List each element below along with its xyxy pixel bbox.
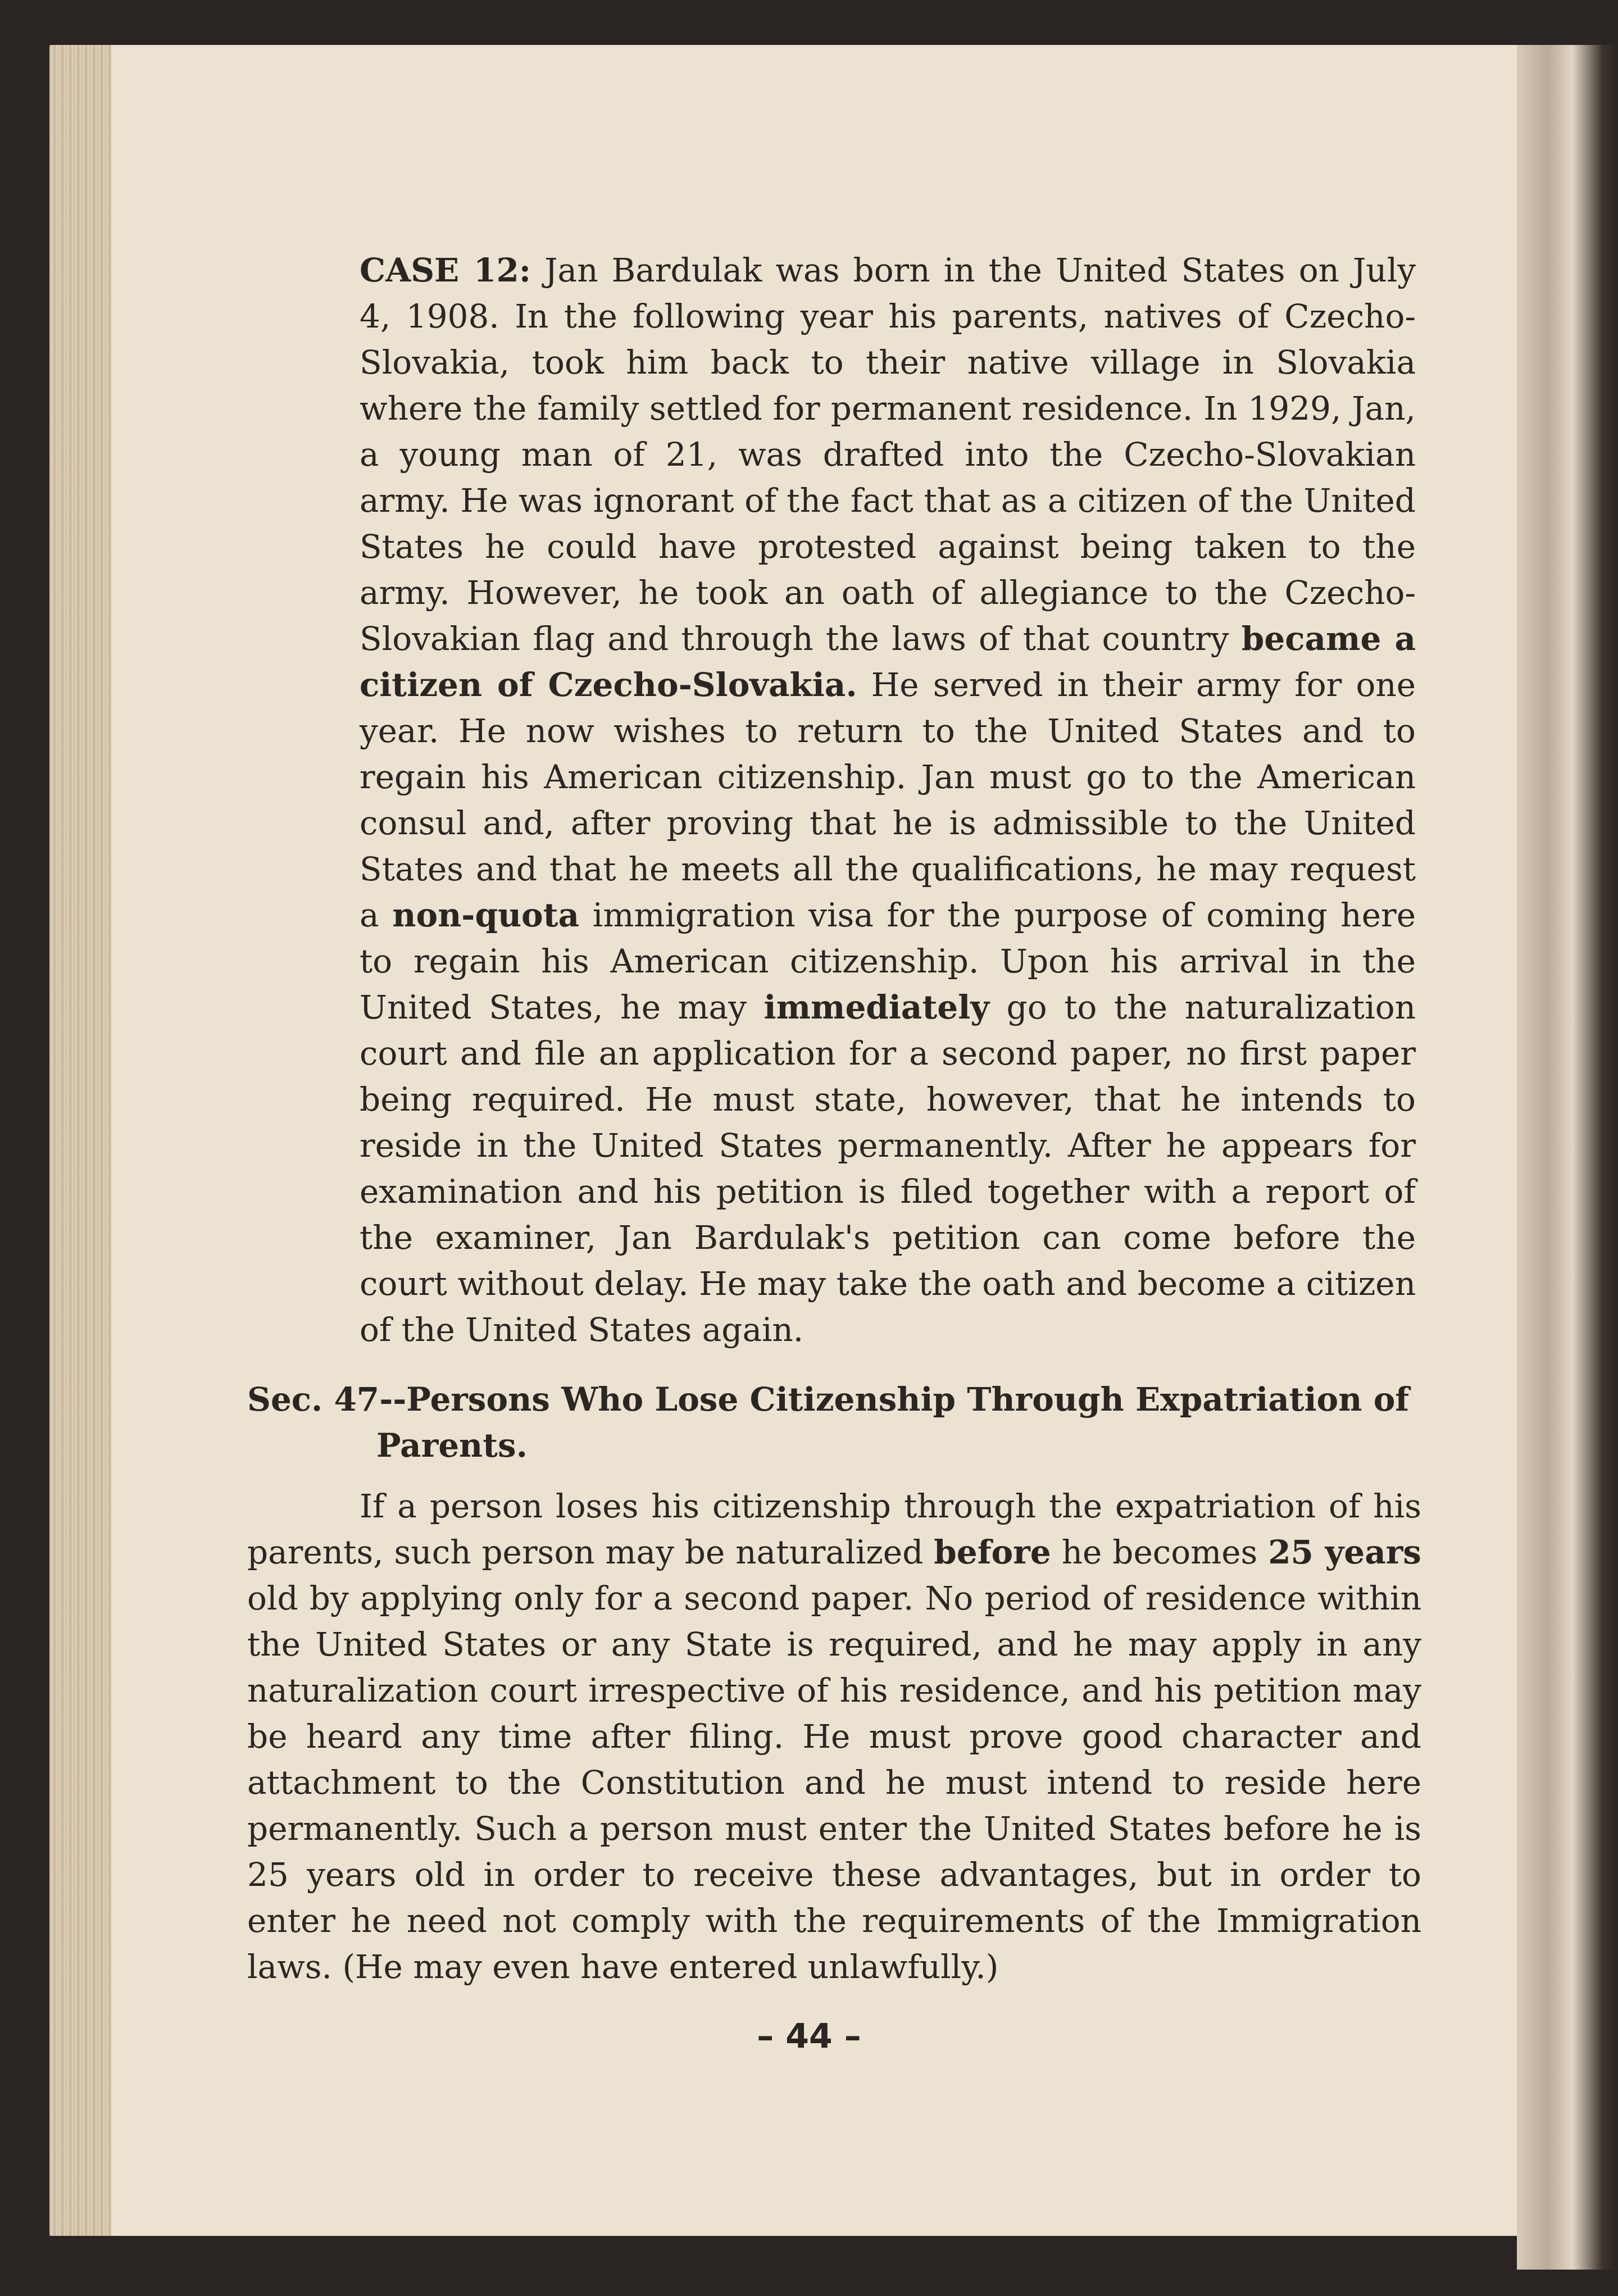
case-12-paragraph: CASE 12: Jan Bardulak was born in the Un… <box>360 247 1416 1353</box>
page-edges <box>49 45 111 2236</box>
case-text: He served in their army for one year. He… <box>360 666 1416 934</box>
para-text: he becomes <box>1051 1533 1268 1571</box>
para-bold-1: before <box>934 1533 1051 1571</box>
para-text: old by applying only for a second paper.… <box>247 1579 1421 1986</box>
case-text: go to the naturalization court and file … <box>360 988 1416 1349</box>
para-bold-2: 25 years <box>1268 1533 1421 1571</box>
case-label: CASE 12: <box>360 251 531 289</box>
section-paragraph: If a person loses his citizenship throug… <box>247 1483 1421 1990</box>
case-bold-3: immediately <box>764 988 989 1026</box>
case-bold-2: non-quota <box>392 896 579 934</box>
page-number: – 44 – <box>0 2017 1618 2056</box>
section-heading: Sec. 47--Persons Who Lose Citizenship Th… <box>247 1376 1551 1468</box>
book-spine <box>1517 45 1618 2270</box>
case-text: Jan Bardulak was born in the United Stat… <box>360 251 1416 658</box>
